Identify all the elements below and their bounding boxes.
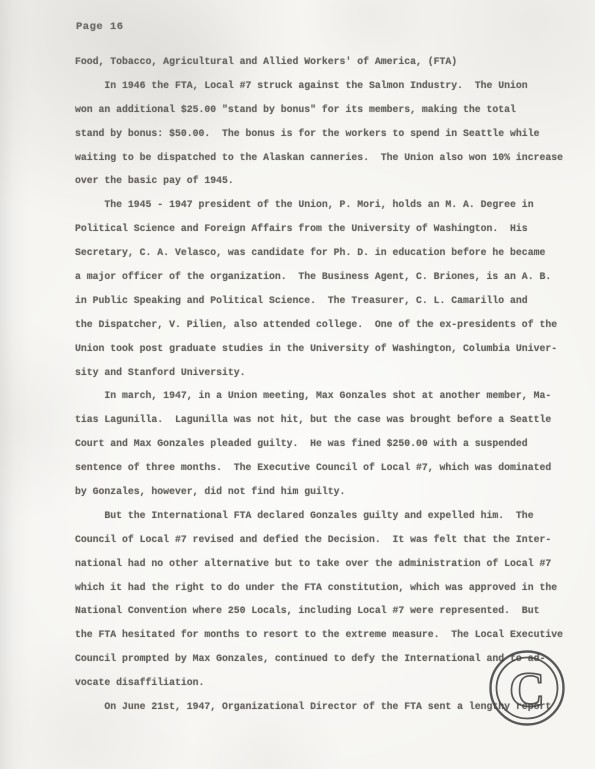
text-line: the FTA hesitated for months to resort t… — [75, 623, 575, 647]
text-line: The 1945 - 1947 president of the Union, … — [75, 193, 575, 217]
text-line: National Convention where 250 Locals, in… — [75, 599, 575, 623]
text-line: a major officer of the organization. The… — [75, 265, 575, 289]
text-line: over the basic pay of 1945. — [75, 169, 575, 193]
text-line: sentence of three months. The Executive … — [75, 456, 575, 480]
text-line: the Dispatcher, V. Pilien, also attended… — [75, 313, 575, 337]
text-line: tias Lagunilla. Lagunilla was not hit, b… — [75, 408, 575, 432]
text-line: Council of Local #7 revised and defied t… — [75, 528, 575, 552]
document-text: Food, Tobacco, Agricultural and Allied W… — [75, 50, 575, 719]
text-line: waiting to be dispatched to the Alaskan … — [75, 146, 575, 170]
text-line: sity and Stanford University. — [75, 361, 575, 385]
text-line: in Public Speaking and Political Science… — [75, 289, 575, 313]
page-number: Page 16 — [76, 21, 124, 33]
text-line: by Gonzales, however, did not find him g… — [75, 480, 575, 504]
text-line: national had no other alternative but to… — [75, 552, 575, 576]
text-line: In 1946 the FTA, Local #7 struck against… — [75, 74, 575, 98]
copyright-watermark-icon: C — [487, 648, 567, 728]
text-line: But the International FTA declared Gonza… — [75, 504, 575, 528]
text-line: In march, 1947, in a Union meeting, Max … — [75, 384, 575, 408]
text-line: which it had the right to do under the F… — [75, 576, 575, 600]
text-line: Union took post graduate studies in the … — [75, 337, 575, 361]
text-line: Court and Max Gonzales pleaded guilty. H… — [75, 432, 575, 456]
text-line: Political Science and Foreign Affairs fr… — [75, 217, 575, 241]
text-line: Food, Tobacco, Agricultural and Allied W… — [75, 50, 575, 74]
svg-text:C: C — [509, 661, 545, 717]
scanned-document-page: Page 16 Food, Tobacco, Agricultural and … — [0, 0, 595, 769]
text-line: Secretary, C. A. Velasco, was candidate … — [75, 241, 575, 265]
text-line: won an additional $25.00 "stand by bonus… — [75, 98, 575, 122]
text-line: stand by bonus: $50.00. The bonus is for… — [75, 122, 575, 146]
